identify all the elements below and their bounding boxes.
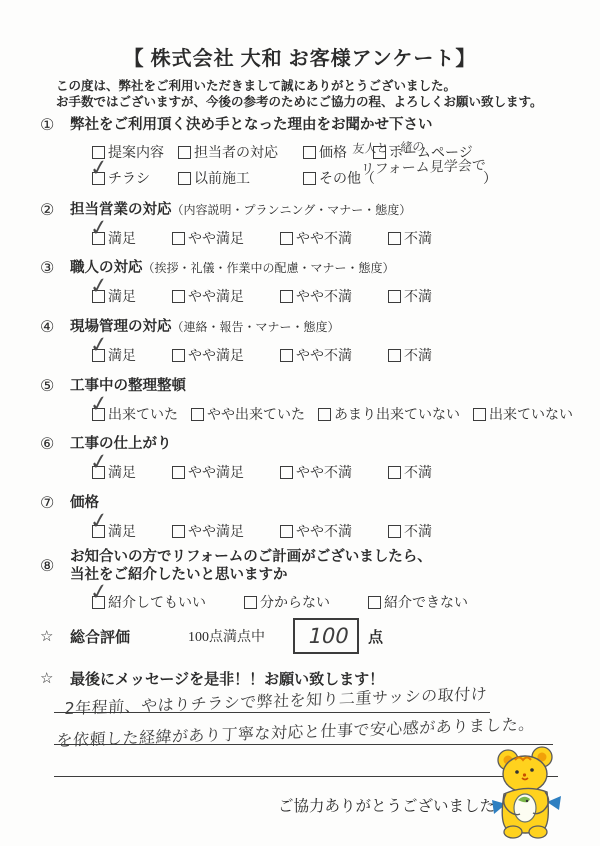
question-2-number: ② [40, 201, 70, 220]
q2-option-somewhat-satisfied[interactable]: ✓ やや満足 [172, 228, 244, 248]
option-label: 不満 [404, 228, 432, 248]
option-label: 出来ていた [108, 404, 178, 424]
checkmark-icon: ✓ [89, 581, 110, 605]
checkbox: ✓ [172, 349, 185, 362]
q6-option-satisfied[interactable]: ✓ 満足 [92, 462, 136, 482]
checkbox: ✓ [318, 408, 331, 421]
q3-option-dissatisfied[interactable]: ✓ 不満 [388, 286, 432, 306]
question-3-title: 職人の対応（挨拶・礼儀・作業中の配慮・マナー・態度） [70, 259, 395, 277]
intro-line-1: この度は、弊社をご利用いただきまして誠にありがとうございました。 [56, 78, 576, 94]
option-label: やや不満 [296, 345, 352, 365]
checkbox: ✓ [92, 596, 105, 609]
question-4-note: （連絡・報告・マナー・態度） [172, 320, 340, 334]
score-input-box[interactable]: 100 [293, 618, 359, 654]
checkbox: ✓ [244, 596, 257, 609]
checkbox: ✓ [92, 408, 105, 421]
checkbox: ✓ [92, 525, 105, 538]
q2-option-somewhat-dissatisfied[interactable]: ✓ やや不満 [280, 228, 352, 248]
option-label: やや不満 [296, 462, 352, 482]
q8-option-not-sure[interactable]: ✓ 分からない [244, 592, 330, 612]
overall-rating-row: ☆ 総合評価 100点満点中 100 点 [40, 618, 383, 654]
checkbox: ✓ [92, 466, 105, 479]
option-label: やや出来ていた [207, 404, 305, 424]
checkmark-icon: ✓ [89, 157, 110, 181]
q7-option-somewhat-satisfied[interactable]: ✓ やや満足 [172, 521, 244, 541]
option-label: 不満 [404, 521, 432, 541]
question-1: ① 弊社をご利用頂く決め手となった理由をお聞かせ下さい ✓ 提案内容 ✓ 担当者… [40, 116, 586, 188]
question-8: ⑧ お知合いの方でリフォームのご計画がございましたら、 当社をご紹介したいと思い… [40, 548, 586, 612]
option-label: やや満足 [188, 228, 244, 248]
checkbox: ✓ [92, 172, 105, 185]
checkbox: ✓ [172, 525, 185, 538]
checkbox: ✓ [172, 232, 185, 245]
checkbox: ✓ [178, 146, 191, 159]
checkbox: ✓ [388, 466, 401, 479]
option-label: やや満足 [188, 345, 244, 365]
q5-option-not-done[interactable]: ✓ 出来ていない [473, 404, 573, 424]
question-8-number: ⑧ [40, 557, 70, 576]
option-label: 紹介してもいい [108, 592, 206, 612]
q3-option-satisfied[interactable]: ✓ 満足 [92, 286, 136, 306]
question-6-number: ⑥ [40, 435, 70, 454]
score-unit-label: 点 [368, 626, 383, 647]
checkbox: ✓ [92, 349, 105, 362]
q4-option-somewhat-dissatisfied[interactable]: ✓ やや不満 [280, 345, 352, 365]
question-1-title: 弊社をご利用頂く決め手となった理由をお聞かせ下さい [70, 116, 433, 134]
option-label: あまり出来ていない [334, 404, 460, 424]
question-5-number: ⑤ [40, 377, 70, 396]
intro-text: この度は、弊社をご利用いただきまして誠にありがとうございました。 お手数ではござ… [56, 78, 576, 111]
option-label: 不満 [404, 462, 432, 482]
checkbox: ✓ [172, 290, 185, 303]
option-label: 分からない [260, 592, 330, 612]
q4-option-somewhat-satisfied[interactable]: ✓ やや満足 [172, 345, 244, 365]
q4-option-dissatisfied[interactable]: ✓ 不満 [388, 345, 432, 365]
question-1-number: ① [40, 116, 70, 135]
intro-line-2: お手数ではございますが、今後の参考のためにご協力の程、よろしくお願い致します。 [56, 94, 576, 110]
question-2-note: （内容説明・プランニング・マナー・態度） [172, 203, 412, 217]
checkmark-icon: ✓ [89, 510, 110, 534]
q4-option-satisfied[interactable]: ✓ 満足 [92, 345, 136, 365]
checkbox: ✓ [388, 290, 401, 303]
q5-option-done-well[interactable]: ✓ 出来ていた [92, 404, 178, 424]
question-4: ④ 現場管理の対応（連絡・報告・マナー・態度） ✓ 満足 ✓ やや満足 ✓ やや… [40, 318, 586, 365]
checkbox: ✓ [388, 232, 401, 245]
question-3-note: （挨拶・礼儀・作業中の配慮・マナー・態度） [143, 261, 395, 275]
q2-option-satisfied[interactable]: ✓ 満足 [92, 228, 136, 248]
option-label: 満足 [108, 228, 136, 248]
handwritten-note-friend: 友人と一緒の [352, 137, 425, 157]
option-label: 紹介できない [384, 592, 468, 612]
checkbox: ✓ [191, 408, 204, 421]
checkmark-icon: ✓ [89, 451, 110, 475]
q7-option-satisfied[interactable]: ✓ 満足 [92, 521, 136, 541]
footer-thanks-text: ご協力ありがとうございました [278, 794, 495, 816]
checkbox: ✓ [172, 466, 185, 479]
question-8-title: お知合いの方でリフォームのご計画がございましたら、 当社をご紹介したいと思います… [70, 548, 432, 584]
option-label: やや満足 [188, 286, 244, 306]
question-7: ⑦ 価格 ✓ 満足 ✓ やや満足 ✓ やや不満 ✓ 不満 [40, 494, 586, 541]
star-icon: ☆ [40, 627, 70, 646]
question-4-title: 現場管理の対応（連絡・報告・マナー・態度） [70, 318, 340, 336]
survey-title: 【 株式会社 大和 お客様アンケート】 [0, 42, 600, 71]
checkbox: ✓ [388, 349, 401, 362]
option-label: 満足 [108, 462, 136, 482]
option-label: 満足 [108, 286, 136, 306]
question-8-title-line-1: お知合いの方でリフォームのご計画がございましたら、 [70, 548, 432, 566]
question-3-number: ③ [40, 259, 70, 278]
checkmark-icon: ✓ [89, 275, 110, 299]
q3-option-somewhat-satisfied[interactable]: ✓ やや満足 [172, 286, 244, 306]
checkbox: ✓ [388, 525, 401, 538]
star-icon: ☆ [40, 669, 70, 688]
q8-option-would-refer[interactable]: ✓ 紹介してもいい [92, 592, 206, 612]
question-7-number: ⑦ [40, 494, 70, 513]
yellow-bear-mascot [481, 742, 573, 840]
question-2-title: 担当営業の対応（内容説明・プランニング・マナー・態度） [70, 201, 411, 219]
option-label: やや満足 [188, 521, 244, 541]
checkmark-icon: ✓ [89, 393, 110, 417]
score-scale-label: 100点満点中 [188, 626, 265, 646]
question-6: ⑥ 工事の仕上がり ✓ 満足 ✓ やや満足 ✓ やや不満 ✓ 不満 [40, 435, 586, 482]
checkbox: ✓ [178, 172, 191, 185]
q3-option-somewhat-dissatisfied[interactable]: ✓ やや不満 [280, 286, 352, 306]
question-8-title-line-2: 当社をご紹介したいと思いますか [70, 566, 432, 584]
overall-rating-label: 総合評価 [70, 626, 188, 647]
checkmark-icon: ✓ [89, 217, 110, 241]
handwritten-score: 100 [306, 624, 351, 648]
option-label: やや不満 [296, 286, 352, 306]
q7-option-dissatisfied[interactable]: ✓ 不満 [388, 521, 432, 541]
question-2: ② 担当営業の対応（内容説明・プランニング・マナー・態度） ✓ 満足 ✓ やや満… [40, 201, 586, 248]
option-label: 出来ていない [489, 404, 573, 424]
checkbox: ✓ [92, 290, 105, 303]
option-label: 満足 [108, 345, 136, 365]
checkbox: ✓ [280, 466, 293, 479]
option-staff-response[interactable]: ✓ 担当者の対応 [178, 142, 303, 162]
checkmark-icon: ✓ [89, 334, 110, 358]
question-4-number: ④ [40, 318, 70, 337]
option-flyer[interactable]: ✓ チラシ [92, 168, 178, 188]
checkbox: ✓ [280, 290, 293, 303]
checkbox: ✓ [368, 596, 381, 609]
q5-option-not-really-done[interactable]: ✓ あまり出来ていない [318, 404, 460, 424]
option-label: チラシ [108, 168, 150, 188]
question-6-title: 工事の仕上がり [70, 435, 172, 453]
question-5: ⑤ 工事中の整理整頓 ✓ 出来ていた ✓ やや出来ていた ✓ あまり出来ていない… [40, 377, 586, 424]
checkbox: ✓ [303, 146, 316, 159]
checkbox: ✓ [280, 349, 293, 362]
q6-option-somewhat-dissatisfied[interactable]: ✓ やや不満 [280, 462, 352, 482]
option-label: 提案内容 [108, 142, 164, 162]
option-label: 以前施工 [194, 168, 250, 188]
option-previous-work[interactable]: ✓ 以前施工 [178, 168, 303, 188]
q7-option-somewhat-dissatisfied[interactable]: ✓ やや不満 [280, 521, 352, 541]
checkbox: ✓ [473, 408, 486, 421]
checkbox: ✓ [92, 232, 105, 245]
handwritten-message-line-2: を依頼した経緯があり丁寧な対応と仕事で安心感がありました。 [56, 711, 535, 751]
survey-form-page: 【 株式会社 大和 お客様アンケート】 この度は、弊社をご利用いただきまして誠に… [0, 0, 600, 846]
checkbox: ✓ [303, 172, 316, 185]
option-label: やや満足 [188, 462, 244, 482]
q6-option-somewhat-satisfied[interactable]: ✓ やや満足 [172, 462, 244, 482]
option-label: やや不満 [296, 228, 352, 248]
checkbox: ✓ [280, 232, 293, 245]
q2-option-dissatisfied[interactable]: ✓ 不満 [388, 228, 432, 248]
option-label: 不満 [404, 286, 432, 306]
option-label: 満足 [108, 521, 136, 541]
q8-option-cannot-refer[interactable]: ✓ 紹介できない [368, 592, 468, 612]
q6-option-dissatisfied[interactable]: ✓ 不満 [388, 462, 432, 482]
option-label: 担当者の対応 [194, 142, 278, 162]
option-label: 価格 [319, 142, 347, 162]
q5-option-somewhat-done[interactable]: ✓ やや出来ていた [191, 404, 305, 424]
question-3: ③ 職人の対応（挨拶・礼儀・作業中の配慮・マナー・態度） ✓ 満足 ✓ やや満足… [40, 259, 586, 306]
checkbox: ✓ [280, 525, 293, 538]
option-label: やや不満 [296, 521, 352, 541]
option-label: 不満 [404, 345, 432, 365]
